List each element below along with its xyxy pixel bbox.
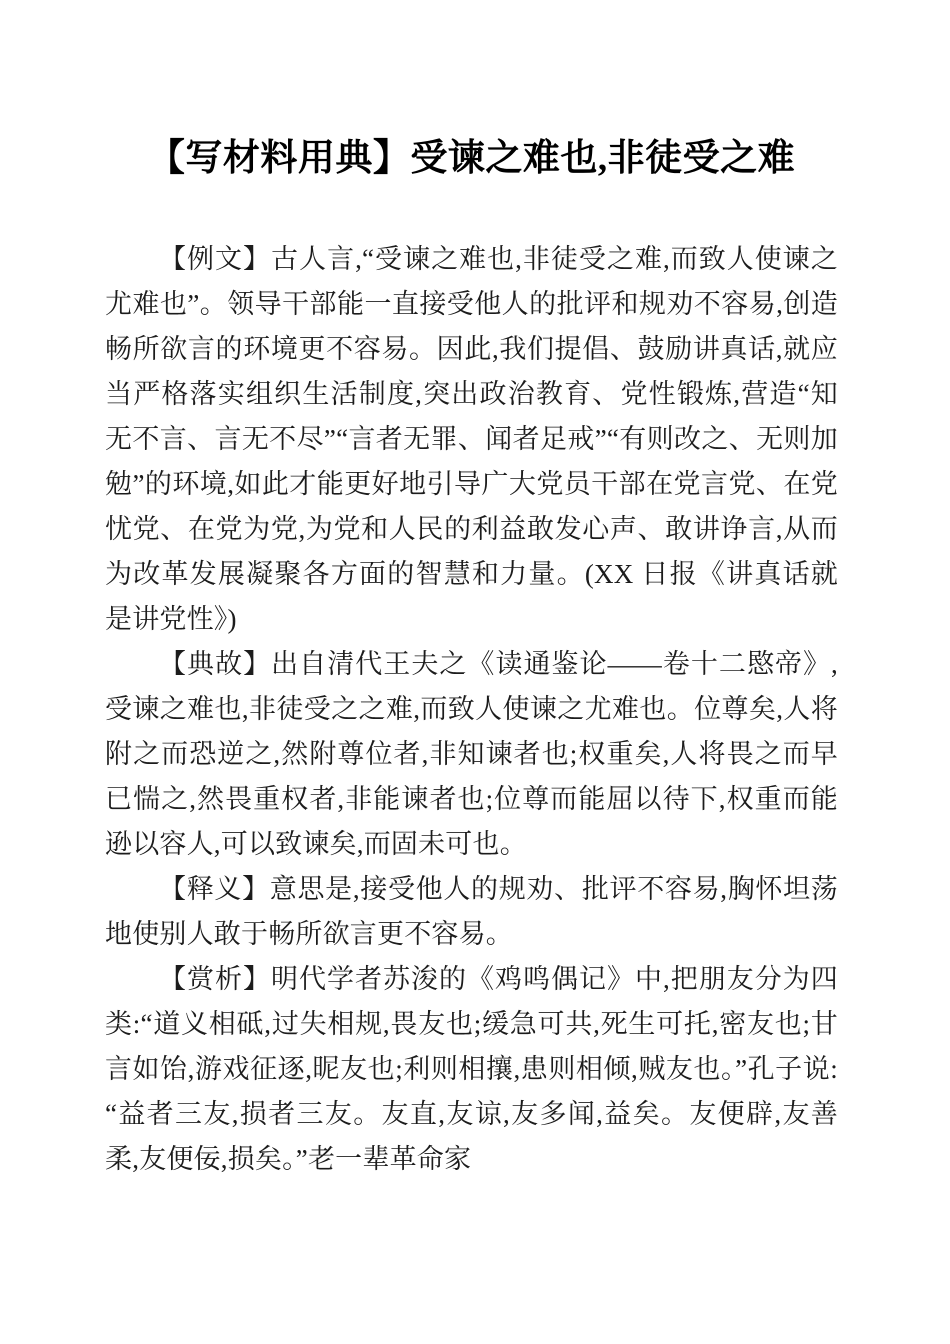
- paragraph-liwen: 【例文】古人言,“受谏之难也,非徒受之难,而致人使谏之尤难也”。领导干部能一直接…: [105, 237, 838, 642]
- document-page: 【写材料用典】受谏之难也,非徒受之难 【例文】古人言,“受谏之难也,非徒受之难,…: [0, 0, 950, 1344]
- document-body: 【例文】古人言,“受谏之难也,非徒受之难,而致人使谏之尤难也”。领导干部能一直接…: [105, 237, 838, 1182]
- paragraph-diangu: 【典故】出自清代王夫之《读通鉴论——卷十二愍帝》,受谏之难也,非徒受之之难,而致…: [105, 642, 838, 867]
- paragraph-shangxi: 【赏析】明代学者苏浚的《鸡鸣偶记》中,把朋友分为四类:“道义相砥,过失相规,畏友…: [105, 957, 838, 1182]
- paragraph-shiyi: 【释义】意思是,接受他人的规劝、批评不容易,胸怀坦荡地使别人敢于畅所欲言更不容易…: [105, 867, 838, 957]
- document-title: 【写材料用典】受谏之难也,非徒受之难: [105, 136, 838, 181]
